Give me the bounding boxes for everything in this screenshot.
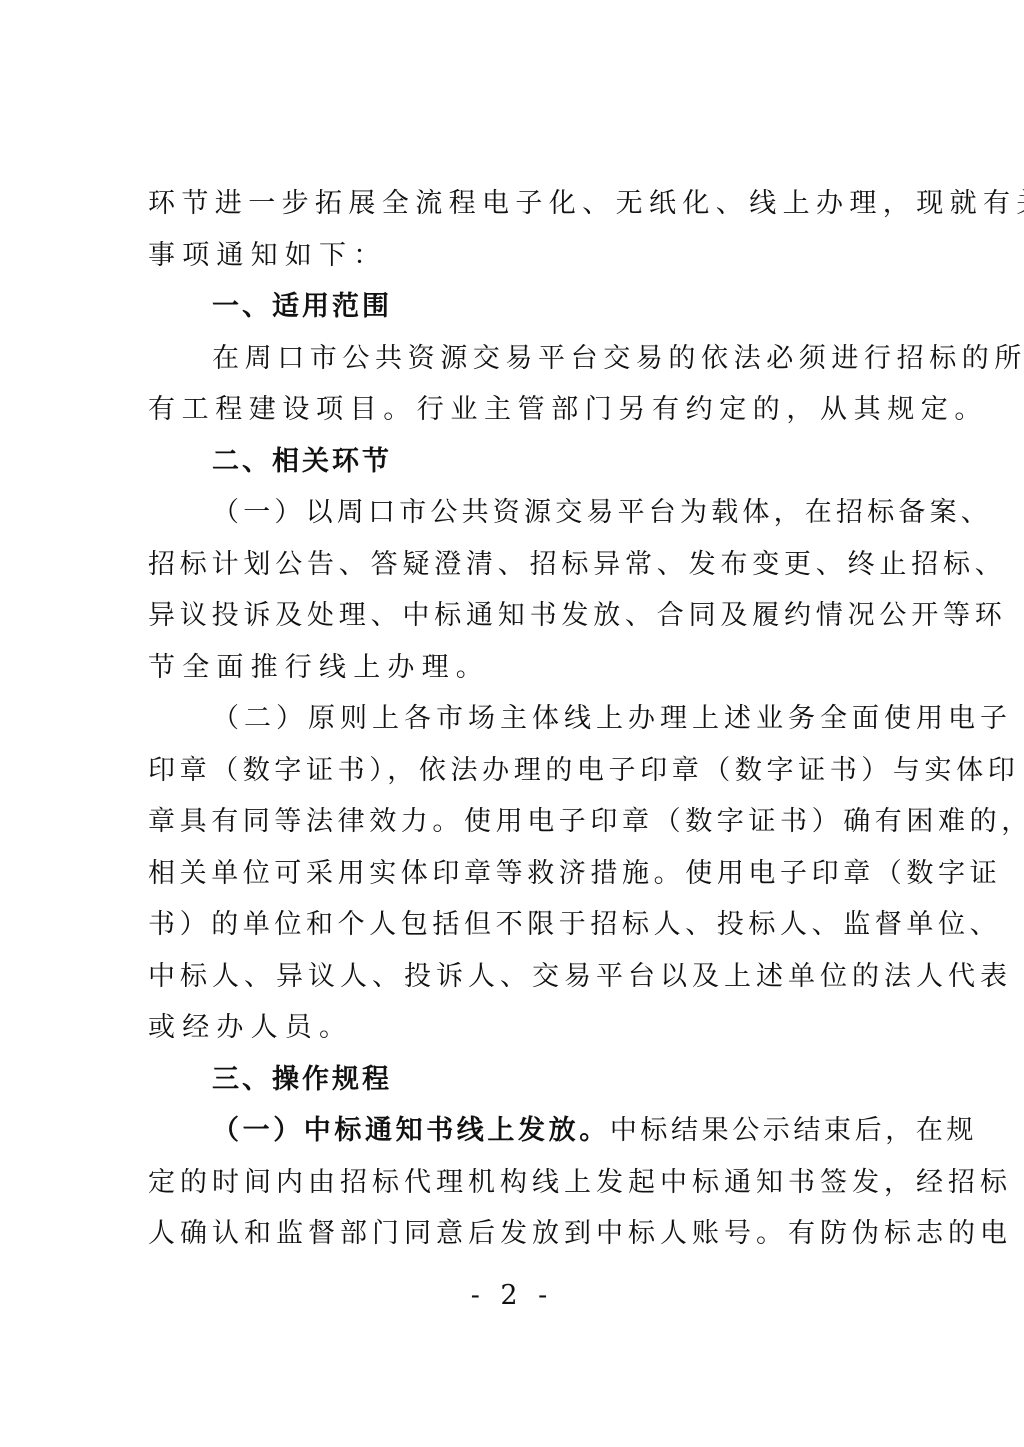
paragraph-line: 相关单位可采用实体印章等救济措施。使用电子印章（数字证 [148,848,908,900]
section-heading-related-steps: 二、相关环节 [148,436,908,488]
paragraph-line: 事项通知如下： [148,230,908,282]
paragraph-line: 在周口市公共资源交易平台交易的依法必须进行招标的所 [148,333,908,385]
paragraph-line: 节全面推行线上办理。 [148,642,908,694]
paragraph-line: 或经办人员。 [148,1002,908,1054]
paragraph-line: （一）中标通知书线上发放。中标结果公示结束后，在规 [148,1105,908,1157]
section-heading-scope: 一、适用范围 [148,281,908,333]
paragraph-line: 中标人、异议人、投诉人、交易平台以及上述单位的法人代表 [148,951,908,1003]
paragraph-line: （一）以周口市公共资源交易平台为载体，在招标备案、 [148,487,908,539]
paragraph-line: （二）原则上各市场主体线上办理上述业务全面使用电子 [148,693,908,745]
paragraph-line: 书）的单位和个人包括但不限于招标人、投标人、监督单位、 [148,899,908,951]
paragraph-line: 招标计划公告、答疑澄清、招标异常、发布变更、终止招标、 [148,539,908,591]
paragraph-line: 定的时间内由招标代理机构线上发起中标通知书签发，经招标 [148,1157,908,1209]
page-number: - 2 - [0,1280,1024,1311]
paragraph-line: 章具有同等法律效力。使用电子印章（数字证书）确有困难的， [148,796,908,848]
paragraph-line: 有工程建设项目。行业主管部门另有约定的，从其规定。 [148,384,908,436]
bold-lead-in: （一）中标通知书线上发放。 [212,1115,610,1146]
paragraph-line: 异议投诉及处理、中标通知书发放、合同及履约情况公开等环 [148,590,908,642]
paragraph-text: 中标结果公示结束后，在规 [610,1115,977,1146]
section-heading-procedures: 三、操作规程 [148,1054,908,1106]
document-body: 环节进一步拓展全流程电子化、无纸化、线上办理，现就有关 事项通知如下： 一、适用… [148,178,908,1260]
paragraph-line: 环节进一步拓展全流程电子化、无纸化、线上办理，现就有关 [148,178,908,230]
paragraph-line: 人确认和监督部门同意后发放到中标人账号。有防伪标志的电 [148,1208,908,1260]
paragraph-line: 印章（数字证书），依法办理的电子印章（数字证书）与实体印 [148,745,908,797]
